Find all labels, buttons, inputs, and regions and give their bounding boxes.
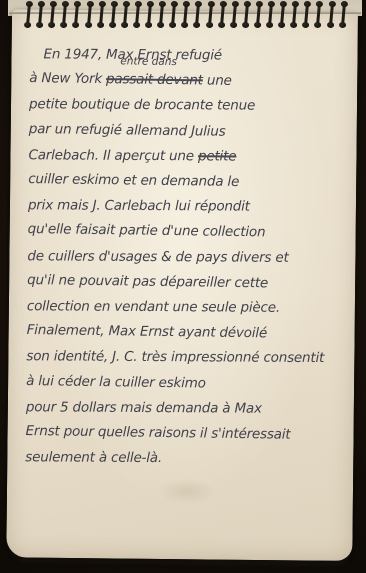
- spiral-loop: [62, 5, 67, 24]
- spiral-loop: [341, 5, 346, 24]
- spiral-loop: [135, 5, 140, 24]
- manuscript-line: Carlebach. Il aperçut une petite: [28, 143, 344, 170]
- manuscript-line: collection en vendant une seule pièce.: [27, 294, 343, 321]
- spiral-loop: [220, 5, 225, 24]
- manuscript-line: cuiller eskimo et en demanda le: [28, 167, 344, 197]
- handwritten-text: prix mais J. Carlebach lui répondit: [28, 197, 250, 214]
- spiral-loop: [123, 5, 128, 24]
- manuscript-line: seulement à celle-là.: [25, 445, 341, 472]
- spiral-loop: [159, 5, 164, 24]
- spiral-loop: [171, 5, 176, 24]
- spiral-loop: [75, 5, 80, 24]
- handwritten-text: une: [203, 73, 232, 89]
- spiral-binding: [0, 0, 366, 32]
- strikethrough-text: passait devant: [106, 71, 203, 88]
- manuscript-line: par un refugié allemand Julius: [29, 117, 345, 147]
- handwritten-text: qu'elle faisait partie d'une collection: [28, 221, 266, 240]
- spiral-loop: [196, 5, 201, 24]
- manuscript-line: de cuillers d'usages & de pays divers et: [27, 244, 343, 271]
- spiral-loop: [87, 5, 92, 24]
- spiral-loop: [317, 5, 322, 24]
- manuscript-line: pour 5 dollars mais demanda à Max: [26, 395, 342, 422]
- manuscript-line: prix mais J. Carlebach lui répondit: [28, 193, 344, 220]
- handwritten-text: de cuillers d'usages & de pays divers et: [27, 248, 288, 266]
- strikethrough-text: petite: [198, 148, 236, 164]
- manuscript-line: En 1947, Max Ernst refugié: [29, 42, 345, 69]
- spiral-loop: [304, 5, 309, 24]
- handwritten-text: Finalement, Max Ernst ayant dévoilé: [27, 322, 268, 341]
- handwritten-text: cuiller eskimo et en demanda le: [28, 171, 239, 190]
- photo-frame: En 1947, Max Ernst refugié à New York en…: [0, 0, 366, 573]
- handwritten-text: Ernst pour quelles raisons il s'intéress…: [25, 423, 290, 443]
- spiral-loop: [268, 5, 273, 24]
- spiral-loop: [256, 5, 261, 24]
- manuscript-line: Finalement, Max Ernst ayant dévoilé: [26, 318, 342, 348]
- manuscript-line: qu'il ne pouvait pas dépareiller cette: [27, 268, 343, 298]
- inserted-correction: entre dans: [120, 56, 177, 68]
- handwritten-text: pour 5 dollars mais demanda à Max: [26, 399, 262, 416]
- paper-smudge: [157, 478, 217, 505]
- handwritten-text: qu'il ne pouvait pas dépareiller cette: [27, 272, 268, 291]
- spiral-loop: [208, 5, 213, 24]
- manuscript-line: petite boutique de brocante tenue: [29, 93, 345, 120]
- spiral-loop: [232, 5, 237, 24]
- handwritten-text: Carlebach. Il aperçut une: [28, 147, 198, 164]
- notebook-page: En 1947, Max Ernst refugié à New York en…: [6, 9, 358, 561]
- manuscript-line: son identité, J. C. très impressionné co…: [26, 345, 342, 372]
- spiral-loop: [26, 5, 31, 24]
- manuscript-line: à lui céder la cuiller eskimo: [26, 369, 342, 399]
- manuscript-line: à New York entre danspassait devant une: [29, 66, 345, 96]
- handwritten-text: à New York: [29, 70, 106, 87]
- spiral-loop: [183, 5, 188, 24]
- manuscript-line: Ernst pour quelles raisons il s'intéress…: [25, 419, 341, 449]
- spiral-loop: [147, 5, 152, 24]
- spiral-loop: [99, 5, 104, 24]
- spiral-loop: [292, 5, 297, 24]
- handwritten-text: son identité, J. C. très impressionné co…: [26, 349, 324, 367]
- spiral-loop: [38, 5, 43, 24]
- spiral-loop: [244, 5, 249, 24]
- correction-group: entre danspassait devant: [106, 67, 203, 94]
- handwritten-text: petite boutique de brocante tenue: [29, 97, 255, 114]
- spiral-loop: [280, 5, 285, 24]
- manuscript: En 1947, Max Ernst refugié à New York en…: [25, 42, 345, 474]
- spiral-loop: [329, 5, 334, 24]
- spiral-loop: [50, 5, 55, 24]
- handwritten-text: collection en vendant une seule pièce.: [27, 298, 280, 316]
- manuscript-line: qu'elle faisait partie d'une collection: [28, 217, 344, 247]
- handwritten-text: à lui céder la cuiller eskimo: [26, 373, 206, 392]
- spiral-loop: [111, 5, 116, 24]
- handwritten-text: par un refugié allemand Julius: [29, 121, 226, 140]
- handwritten-text: seulement à celle-là.: [25, 449, 162, 466]
